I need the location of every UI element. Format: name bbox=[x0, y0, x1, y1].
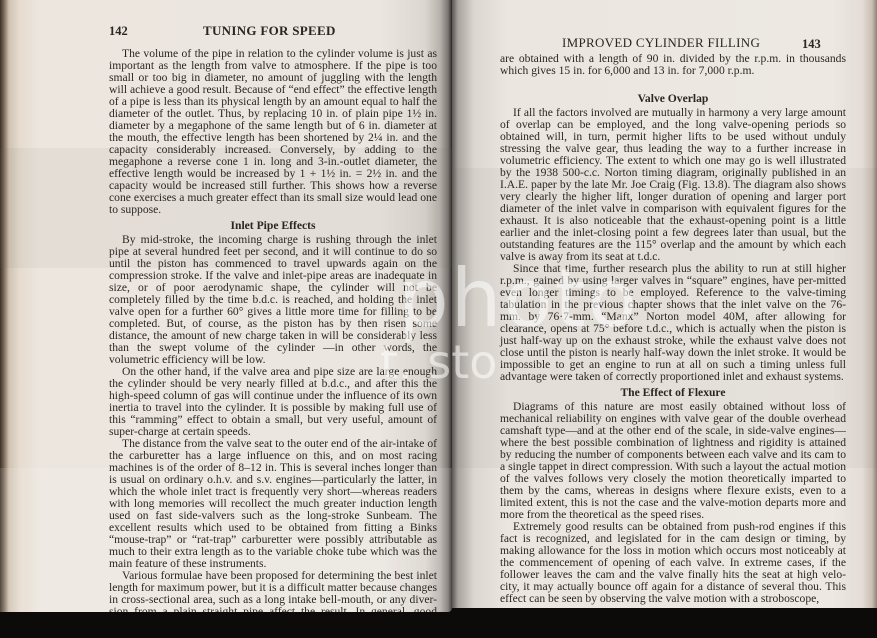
paragraph: Diagrams of this nature are most easily … bbox=[500, 401, 846, 521]
paragraph: The volume of the pipe in relation to th… bbox=[109, 48, 437, 216]
paragraph: If all the factors involved are mutually… bbox=[500, 107, 846, 263]
running-head: TUNING FOR SPEED bbox=[203, 23, 336, 39]
paragraph: Since that time, further research plus t… bbox=[500, 263, 846, 383]
page-number: 142 bbox=[109, 24, 128, 39]
right-page: IMPROVED CYLINDER FILLING 143 are obtain… bbox=[452, 0, 877, 608]
left-page-body: The volume of the pipe in relation to th… bbox=[109, 48, 437, 612]
paragraph: By mid-stroke, the incoming charge is ru… bbox=[109, 234, 437, 366]
right-page-body: are obtained with a length of 90 in. div… bbox=[500, 53, 846, 605]
section-heading: Valve Overlap bbox=[500, 89, 846, 107]
section-heading: The Effect of Flexure bbox=[500, 383, 846, 401]
page-number: 143 bbox=[802, 37, 821, 52]
paragraph: Extremely good results can be obtained f… bbox=[500, 521, 846, 605]
paragraph: Various formulae have been proposed for … bbox=[109, 570, 437, 612]
paragraph: The distance from the valve seat to the … bbox=[109, 438, 437, 570]
running-head: IMPROVED CYLINDER FILLING bbox=[562, 35, 760, 51]
open-book: 142 TUNING FOR SPEED The volume of the p… bbox=[0, 0, 877, 612]
paragraph: On the other hand, if the valve area and… bbox=[109, 366, 437, 438]
section-heading: Inlet Pipe Effects bbox=[109, 216, 437, 234]
left-page: 142 TUNING FOR SPEED The volume of the p… bbox=[0, 0, 452, 612]
paragraph-continuation: are obtained with a length of 90 in. div… bbox=[500, 53, 846, 77]
